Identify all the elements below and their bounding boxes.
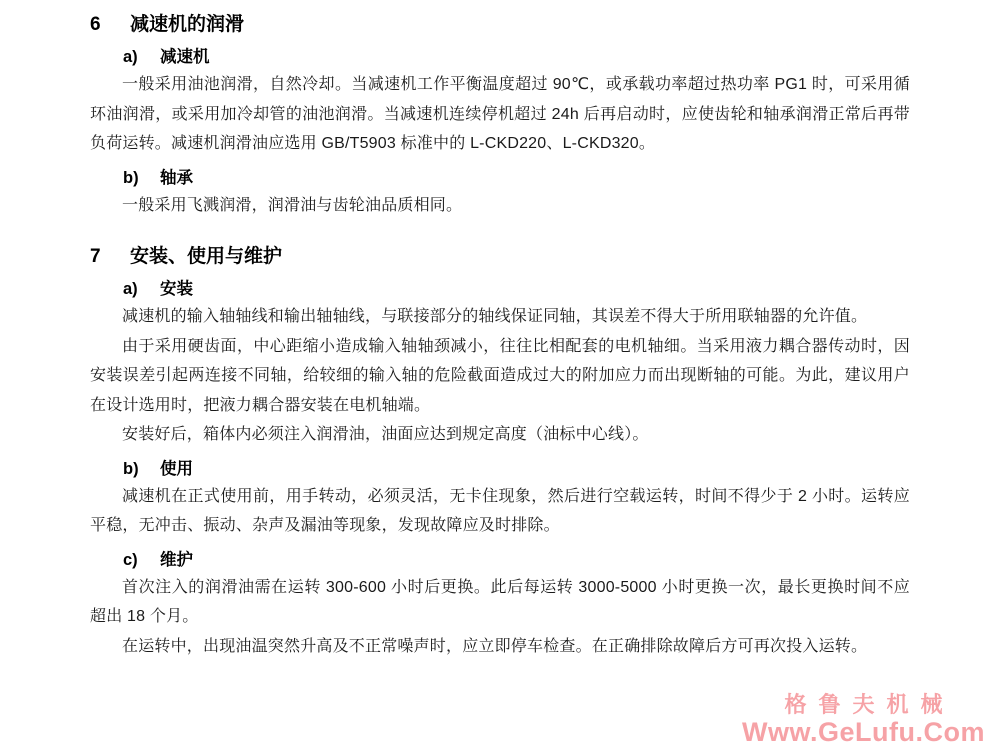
body-paragraph: 一般采用油池润滑，自然冷却。当减速机工作平衡温度超过 90℃，或承载功率超过热功… xyxy=(90,70,910,159)
section-number: 7 xyxy=(90,244,130,270)
body-paragraph: 在运转中，出现油温突然升高及不正常噪声时，应立即停车检查。在正确排除故障后方可再… xyxy=(90,632,910,662)
subsection-heading-7c: c)维护 xyxy=(123,549,910,571)
body-paragraph: 减速机在正式使用前，用手转动，必须灵活，无卡住现象，然后进行空载运转，时间不得少… xyxy=(90,482,910,541)
subsection-marker: b) xyxy=(123,167,160,189)
section-heading-7: 7安装、使用与维护 xyxy=(90,244,910,270)
subsection-heading-6b: b)轴承 xyxy=(123,167,910,189)
subsection-marker: a) xyxy=(123,46,160,68)
section-title: 安装、使用与维护 xyxy=(130,246,282,267)
section-heading-6: 6减速机的润滑 xyxy=(90,12,910,38)
document-page: 6减速机的润滑 a)减速机 一般采用油池润滑，自然冷却。当减速机工作平衡温度超过… xyxy=(0,0,992,751)
section-number: 6 xyxy=(90,12,130,38)
watermark-url: Www.GeLufu.Com xyxy=(742,719,985,746)
subsection-heading-7a: a)安装 xyxy=(123,278,910,300)
body-paragraph: 安装好后，箱体内必须注入润滑油，油面应达到规定高度（油标中心线）。 xyxy=(90,420,910,450)
document-content: 6减速机的润滑 a)减速机 一般采用油池润滑，自然冷却。当减速机工作平衡温度超过… xyxy=(90,12,910,661)
subsection-label: 维护 xyxy=(160,551,193,569)
watermark: 格鲁夫机械 Www.GeLufu.Com xyxy=(742,694,985,746)
subsection-heading-7b: b)使用 xyxy=(123,458,910,480)
subsection-label: 使用 xyxy=(160,460,193,478)
section-title: 减速机的润滑 xyxy=(130,14,244,35)
subsection-marker: b) xyxy=(123,458,160,480)
subsection-marker: c) xyxy=(123,549,160,571)
subsection-label: 安装 xyxy=(160,280,193,298)
subsection-marker: a) xyxy=(123,278,160,300)
subsection-label: 轴承 xyxy=(160,169,193,187)
subsection-heading-6a: a)减速机 xyxy=(123,46,910,68)
body-paragraph: 首次注入的润滑油需在运转 300-600 小时后更换。此后每运转 3000-50… xyxy=(90,573,910,632)
body-paragraph: 一般采用飞溅润滑，润滑油与齿轮油品质相同。 xyxy=(90,191,910,221)
subsection-label: 减速机 xyxy=(160,48,210,66)
body-paragraph: 由于采用硬齿面，中心距缩小造成输入轴轴颈减小，往往比相配套的电机轴细。当采用液力… xyxy=(90,332,910,421)
watermark-brand: 格鲁夫机械 xyxy=(742,694,992,716)
body-paragraph: 减速机的输入轴轴线和输出轴轴线，与联接部分的轴线保证同轴，其误差不得大于所用联轴… xyxy=(90,302,910,332)
